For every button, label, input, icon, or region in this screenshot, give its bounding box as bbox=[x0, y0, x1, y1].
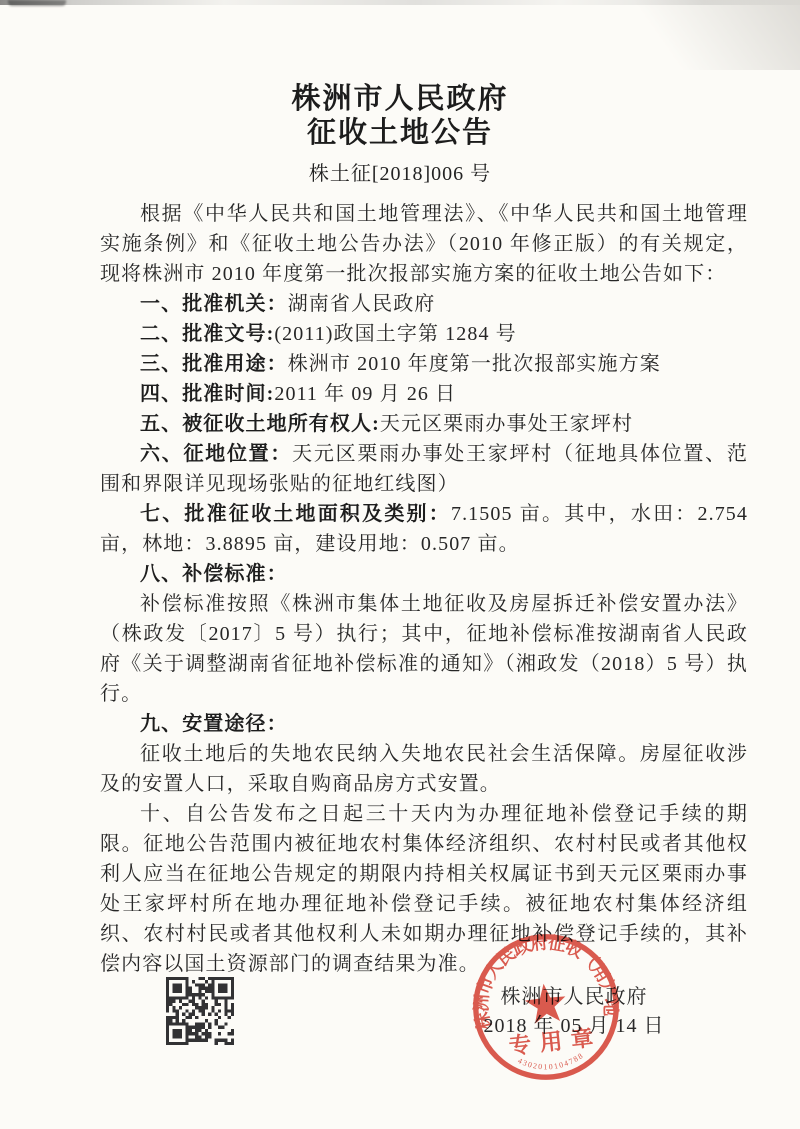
item-text: 天元区栗雨办事处王家坪村 bbox=[380, 413, 633, 435]
item-text: 补偿标准按照《株洲市集体土地征收及房屋拆迁补偿安置办法》（株政发〔2017〕5 … bbox=[100, 593, 748, 705]
body-item-7: 七、批准征收土地面积及类别：7.1505 亩。其中，水田：2.754 亩，林地：… bbox=[100, 499, 748, 559]
body-paragraph-12: 十、自公告发布之日起三十天内为办理征地补偿登记手续的期限。征地公告范围内被征地农… bbox=[100, 799, 748, 979]
scan-artifact-smudge bbox=[8, 0, 66, 6]
item-label: 六、征地位置： bbox=[140, 443, 292, 465]
item-label: 二、批准文号: bbox=[140, 323, 274, 345]
item-text: (2011)政国土字第 1284 号 bbox=[274, 323, 516, 345]
qr-code bbox=[166, 977, 234, 1045]
body-paragraph-11: 征收土地后的失地农民纳入失地农民社会生活保障。房屋征收涉及的安置人口，采取自购商… bbox=[100, 739, 748, 799]
item-text: 2011 年 09 月 26 日 bbox=[274, 383, 456, 405]
body-item-6: 六、征地位置：天元区栗雨办事处王家坪村（征地具体位置、范围和界限详见现场张贴的征… bbox=[100, 439, 748, 499]
item-label: 七、批准征收土地面积及类别： bbox=[140, 503, 451, 525]
item-text: 根据《中华人民共和国土地管理法》、《中华人民共和国土地管理实施条例》和《征收土地… bbox=[100, 203, 748, 285]
seal-star-icon bbox=[523, 982, 568, 1025]
item-label: 四、批准时间: bbox=[140, 383, 274, 405]
body-paragraph-0: 根据《中华人民共和国土地管理法》、《中华人民共和国土地管理实施条例》和《征收土地… bbox=[100, 199, 748, 289]
item-label: 三、批准用途： bbox=[140, 353, 288, 375]
document-title: 征收土地公告 bbox=[0, 116, 800, 150]
item-text: 株洲市 2010 年度第一批次报部实施方案 bbox=[288, 353, 661, 375]
body-item-5: 五、被征收土地所有权人:天元区栗雨办事处王家坪村 bbox=[100, 409, 748, 439]
item-label: 五、被征收土地所有权人: bbox=[140, 413, 380, 435]
official-seal: 株洲市人民政府征收（用）地 专用章 4302010104788 bbox=[460, 921, 631, 1092]
body-item-4: 四、批准时间:2011 年 09 月 26 日 bbox=[100, 379, 748, 409]
document-body: 根据《中华人民共和国土地管理法》、《中华人民共和国土地管理实施条例》和《征收土地… bbox=[100, 199, 748, 979]
scanned-document-page: 株洲市人民政府 征收土地公告 株土征[2018]006 号 根据《中华人民共和国… bbox=[0, 0, 800, 1129]
issuing-org-title: 株洲市人民政府 bbox=[0, 82, 800, 116]
body-item-2: 二、批准文号:(2011)政国土字第 1284 号 bbox=[100, 319, 748, 349]
body-item-8: 八、补偿标准： bbox=[100, 559, 748, 589]
body-item-1: 一、批准机关：湖南省人民政府 bbox=[100, 289, 748, 319]
scan-artifact-corner-shadow bbox=[560, 0, 800, 70]
body-item-3: 三、批准用途：株洲市 2010 年度第一批次报部实施方案 bbox=[100, 349, 748, 379]
document-number: 株土征[2018]006 号 bbox=[0, 157, 800, 186]
item-label: 九、安置途径： bbox=[140, 713, 288, 735]
body-paragraph-9: 补偿标准按照《株洲市集体土地征收及房屋拆迁补偿安置办法》（株政发〔2017〕5 … bbox=[100, 589, 748, 709]
item-label: 八、补偿标准： bbox=[140, 563, 288, 585]
seal-center-label: 专用章 bbox=[508, 1023, 604, 1059]
body-item-10: 九、安置途径： bbox=[100, 709, 748, 739]
item-text: 十、自公告发布之日起三十天内为办理征地补偿登记手续的期限。征地公告范围内被征地农… bbox=[100, 803, 748, 975]
item-text: 湖南省人民政府 bbox=[288, 293, 436, 315]
item-text: 征收土地后的失地农民纳入失地农民社会生活保障。房屋征收涉及的安置人口，采取自购商… bbox=[100, 743, 748, 795]
item-label: 一、批准机关： bbox=[140, 293, 288, 315]
